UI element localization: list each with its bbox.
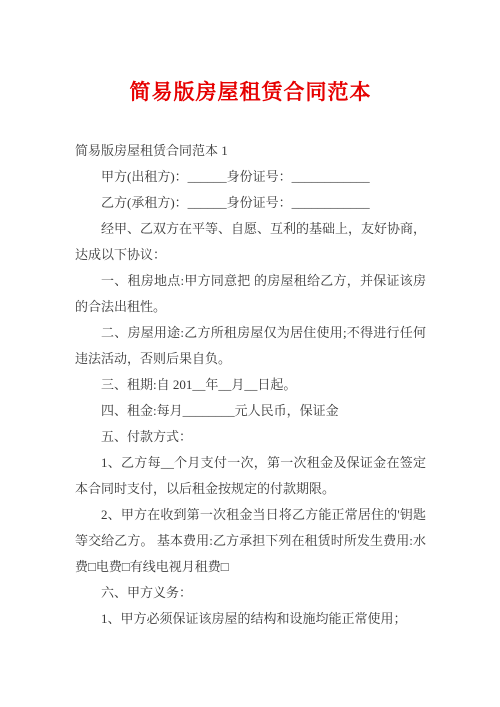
paragraph-payment-item-1: 1、乙方每__个月支付一次，第一次租金及保证金在签定本合同时支付，以后租金按规定… — [75, 450, 426, 502]
paragraph-clause-6-obligations: 六、甲方义务： — [75, 580, 426, 606]
paragraph-clause-3-term: 三、租期:自 201__年__月__日起。 — [75, 372, 426, 398]
paragraph-clause-5-payment: 五、付款方式： — [75, 424, 426, 450]
paragraph-preamble: 经甲、乙双方在平等、自愿、互利的基础上，友好协商，达成以下协议： — [75, 216, 426, 268]
paragraph-clause-2-usage: 二、房屋用途:乙方所租房屋仅为居住使用;不得进行任何违法活动，否则后果自负。 — [75, 320, 426, 372]
paragraph-clause-1-location: 一、租房地点:甲方同意把 的房屋租给乙方，并保证该房的合法出租性。 — [75, 268, 426, 320]
document-title: 简易版房屋租赁合同范本 — [75, 78, 426, 108]
paragraph-party-b: 乙方(承租方)：______身份证号：____________ — [75, 190, 426, 216]
document-subtitle: 简易版房屋租赁合同范本 1 — [75, 138, 426, 164]
paragraph-payment-item-2: 2、甲方在收到第一次租金当日将乙方能正常居住的'钥匙等交给乙方。 基本费用:乙方… — [75, 502, 426, 580]
contract-document-page: 简易版房屋租赁合同范本 简易版房屋租赁合同范本 1 甲方(出租方)：______… — [0, 0, 500, 707]
paragraph-clause-4-rent: 四、租金:每月________元人民币，保证金 — [75, 398, 426, 424]
paragraph-obligation-item-1: 1、甲方必须保证该房屋的结构和设施均能正常使用； — [75, 606, 426, 632]
paragraph-party-a: 甲方(出租方)：______身份证号：____________ — [75, 164, 426, 190]
